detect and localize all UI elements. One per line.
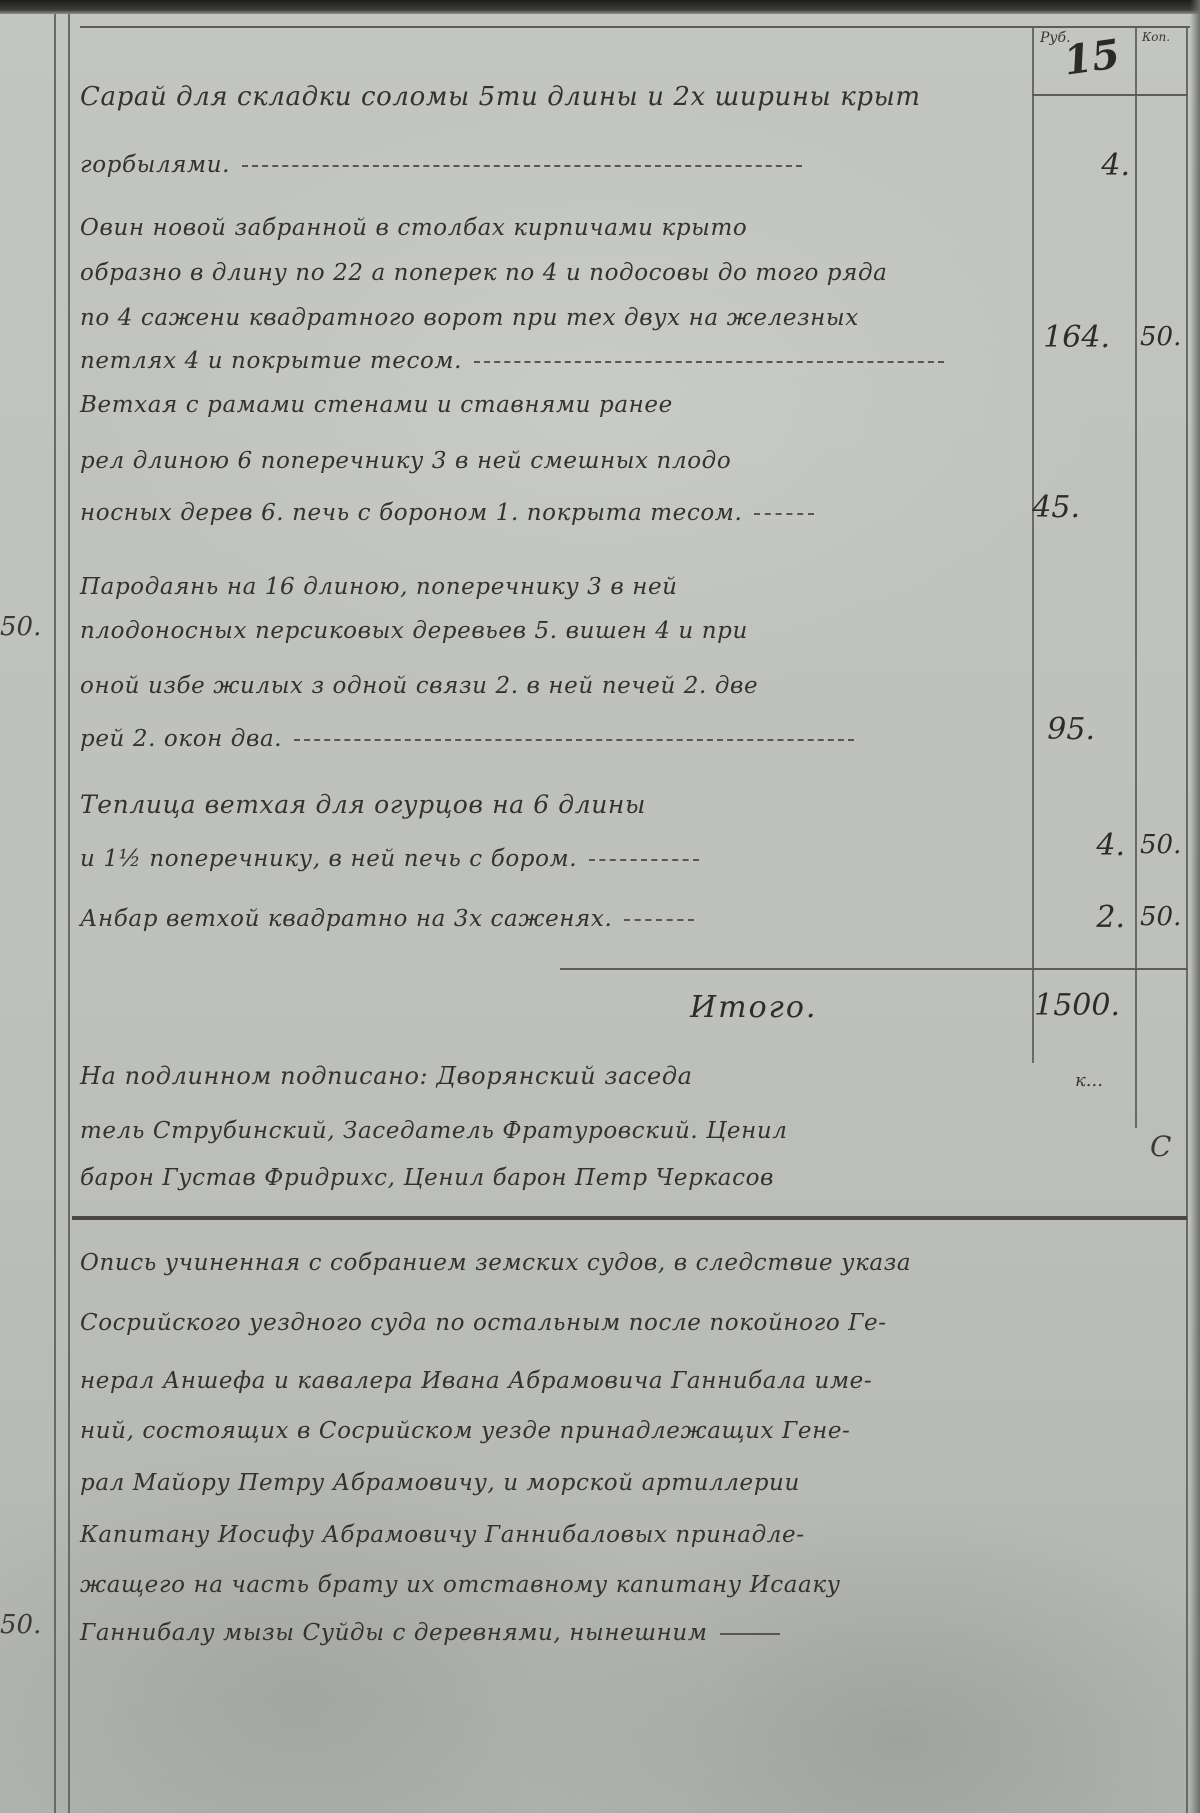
left-margin-value: 50. xyxy=(0,612,41,642)
entry-text: рей 2. окон два. xyxy=(80,726,282,752)
page-top-edge xyxy=(0,0,1200,14)
total-rule xyxy=(560,968,1188,970)
dotted-leader xyxy=(242,165,802,167)
section-text: Опись учиненная с собранием земских судо… xyxy=(80,1250,911,1276)
entry-line: горбылями. xyxy=(80,152,802,178)
entry-line: носных дерев 6. печь с бороном 1. покрыт… xyxy=(80,500,814,526)
line-end-dash xyxy=(720,1633,780,1635)
kopeks-column-rule xyxy=(1135,28,1137,1128)
entry-line: Овин новой забранной в столбах кирпичами… xyxy=(80,215,747,241)
entry-rubles: 95. xyxy=(1005,712,1095,747)
section-text: Ганнибалу мызы Суйды с деревнями, нынешн… xyxy=(80,1620,708,1646)
entry-kopeks: 50. xyxy=(1140,830,1190,860)
dotted-leader xyxy=(589,859,699,861)
entry-text: петлях 4 и покрытие тесом. xyxy=(80,348,462,374)
signature-line: тель Струбинский, Заседатель Фратуровски… xyxy=(80,1118,788,1144)
entry-text: и 1½ поперечнику, в ней печь с бором. xyxy=(80,846,577,872)
dotted-leader xyxy=(624,919,694,921)
entry-kopeks: 50. xyxy=(1140,902,1190,932)
entry-line: образно в длину по 22 а поперек по 4 и п… xyxy=(80,260,887,286)
entry-line: Теплица ветхая для огурцов на 6 длины xyxy=(80,790,646,819)
top-rule xyxy=(80,26,1190,28)
entry-text: рел длиною 6 поперечнику 3 в ней смешных… xyxy=(80,448,731,474)
signature-text: На подлинном подписано: Дворянский засед… xyxy=(80,1062,693,1090)
section-text: ний, состоящих в Сосрийском уезде принад… xyxy=(80,1418,850,1444)
dotted-leader xyxy=(474,361,944,363)
rubles-column-rule xyxy=(1032,28,1034,1063)
entry-line: Сарай для складки соломы 5ти длины и 2х … xyxy=(80,82,921,112)
section-text: рал Майору Петру Абрамовичу, и морской а… xyxy=(80,1470,800,1496)
entry-line: Ветхая с рамами стенами и ставнями ранее xyxy=(80,392,673,418)
entry-line: рей 2. окон два. xyxy=(80,726,854,752)
entry-rubles: 4. xyxy=(1035,828,1125,863)
column-header-rule xyxy=(1032,94,1188,96)
entry-rubles: 2. xyxy=(1035,900,1125,935)
entry-kopeks: 50. xyxy=(1140,322,1190,352)
entry-line: рел длиною 6 поперечнику 3 в ней смешных… xyxy=(80,448,731,474)
page-number: 15 xyxy=(1061,30,1123,84)
entry-text: оной избе жилых з одной связи 2. в ней п… xyxy=(80,673,758,699)
entry-line: и 1½ поперечнику, в ней печь с бором. xyxy=(80,846,699,872)
entry-line: плодоносных персиковых деревьев 5. вишен… xyxy=(80,618,748,644)
section-text: жащего на часть брату их отставному капи… xyxy=(80,1572,841,1598)
entry-text: образно в длину по 22 а поперек по 4 и п… xyxy=(80,260,887,286)
entry-text: плодоносных персиковых деревьев 5. вишен… xyxy=(80,618,748,644)
kopeks-column-header: Коп. xyxy=(1142,30,1182,44)
entry-line: по 4 сажени квадратного ворот при тех дв… xyxy=(80,305,859,331)
section-line: Капитану Иосифу Абрамовичу Ганнибаловых … xyxy=(80,1522,805,1548)
entry-rubles: 4. xyxy=(1040,148,1130,183)
entry-line: Анбар ветхой квадратно на 3х саженях. xyxy=(80,906,694,932)
section-text: Сосрийского уездного суда по остальным п… xyxy=(80,1310,887,1336)
entry-line: Пародаянь на 16 длиною, поперечнику 3 в … xyxy=(80,574,678,600)
section-line: Сосрийского уездного суда по остальным п… xyxy=(80,1310,887,1336)
section-line: Опись учиненная с собранием земских судо… xyxy=(80,1250,911,1276)
entry-text: Анбар ветхой квадратно на 3х саженях. xyxy=(80,906,612,932)
total-label: Итого. xyxy=(690,990,817,1025)
section-line: ний, состоящих в Сосрийском уезде принад… xyxy=(80,1418,850,1444)
section-line: Ганнибалу мызы Суйды с деревнями, нынешн… xyxy=(80,1620,780,1646)
entry-text: Пародаянь на 16 длиною, поперечнику 3 в … xyxy=(80,574,678,600)
signature-line: На подлинном подписано: Дворянский засед… xyxy=(80,1062,693,1090)
left-margin-rule-outer xyxy=(54,14,56,1813)
section-line: рал Майору Петру Абрамовичу, и морской а… xyxy=(80,1470,800,1496)
signature-right-annotation: к... xyxy=(1075,1070,1103,1091)
left-margin-rule-inner xyxy=(68,14,70,1813)
entry-text: Теплица ветхая для огурцов на 6 длины xyxy=(80,790,646,819)
signature-text: тель Струбинский, Заседатель Фратуровски… xyxy=(80,1118,788,1144)
signature-line: барон Густав Фридрихс, Ценил барон Петр … xyxy=(80,1165,774,1191)
section-line: нерал Аншефа и кавалера Ивана Абрамовича… xyxy=(80,1368,872,1394)
section-text: Капитану Иосифу Абрамовичу Ганнибаловых … xyxy=(80,1522,805,1548)
signature-text: барон Густав Фридрихс, Ценил барон Петр … xyxy=(80,1165,774,1191)
entry-text: Сарай для складки соломы 5ти длины и 2х … xyxy=(80,82,921,112)
dotted-leader xyxy=(294,739,854,741)
entry-rubles: 164. xyxy=(1020,320,1110,355)
entry-text: Овин новой забранной в столбах кирпичами… xyxy=(80,215,747,241)
entry-text: по 4 сажени квадратного ворот при тех дв… xyxy=(80,305,859,331)
section-line: жащего на часть брату их отставному капи… xyxy=(80,1572,841,1598)
entry-rubles: 45. xyxy=(990,490,1080,525)
left-margin-value: 50. xyxy=(0,1610,41,1640)
signature-margin-annotation: С xyxy=(1150,1130,1171,1163)
section-text: нерал Аншефа и кавалера Ивана Абрамовича… xyxy=(80,1368,872,1394)
dotted-leader xyxy=(754,513,814,515)
entry-line: оной избе жилых з одной связи 2. в ней п… xyxy=(80,673,758,699)
entry-text: горбылями. xyxy=(80,152,230,178)
section-divider-rule xyxy=(72,1216,1187,1220)
entry-text: Ветхая с рамами стенами и ставнями ранее xyxy=(80,392,673,418)
entry-line: петлях 4 и покрытие тесом. xyxy=(80,348,944,374)
entry-text: носных дерев 6. печь с бороном 1. покрыт… xyxy=(80,500,742,526)
total-rubles: 1500. xyxy=(1000,988,1120,1023)
page-right-edge xyxy=(1190,0,1200,1813)
